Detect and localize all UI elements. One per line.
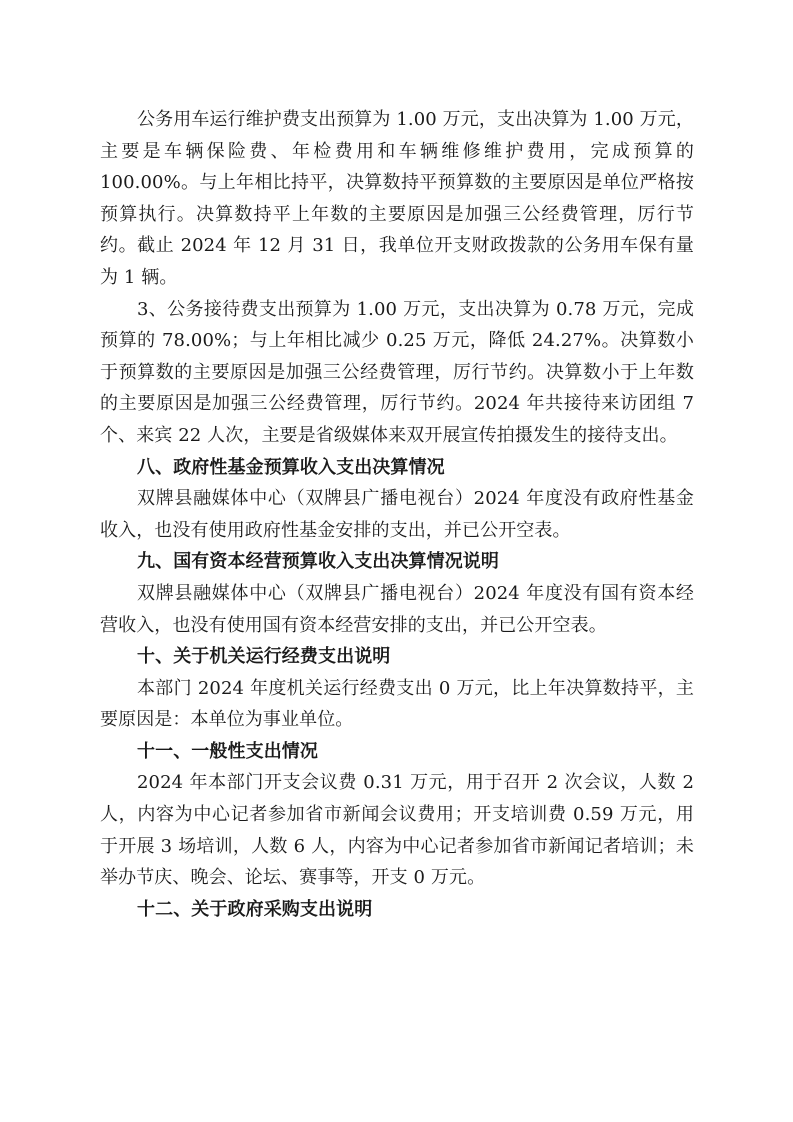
paragraph-operating-expense: 本部门 2024 年度机关运行经费支出 0 万元，比上年决算数持平，主要原因是：… xyxy=(100,673,694,736)
paragraph-reception-expense: 3、公务接待费支出预算为 1.00 万元，支出决算为 0.78 万元，完成预算的… xyxy=(100,294,694,452)
heading-state-capital: 九、国有资本经营预算收入支出决算情况说明 xyxy=(100,546,694,578)
heading-government-fund: 八、政府性基金预算收入支出决算情况 xyxy=(100,452,694,484)
heading-operating-expense: 十、关于机关运行经费支出说明 xyxy=(100,641,694,673)
paragraph-vehicle-maintenance: 公务用车运行维护费支出预算为 1.00 万元，支出决算为 1.00 万元，主要是… xyxy=(100,104,694,294)
paragraph-state-capital: 双牌县融媒体中心（双牌县广播电视台）2024 年度没有国有资本经营收入，也没有使… xyxy=(100,578,694,641)
heading-procurement: 十二、关于政府采购支出说明 xyxy=(100,894,694,926)
paragraph-general-expense: 2024 年本部门开支会议费 0.31 万元，用于召开 2 次会议，人数 2 人… xyxy=(100,767,694,893)
document-page: 公务用车运行维护费支出预算为 1.00 万元，支出决算为 1.00 万元，主要是… xyxy=(100,104,694,925)
heading-general-expense: 十一、一般性支出情况 xyxy=(100,736,694,768)
paragraph-government-fund: 双牌县融媒体中心（双牌县广播电视台）2024 年度没有政府性基金收入，也没有使用… xyxy=(100,483,694,546)
